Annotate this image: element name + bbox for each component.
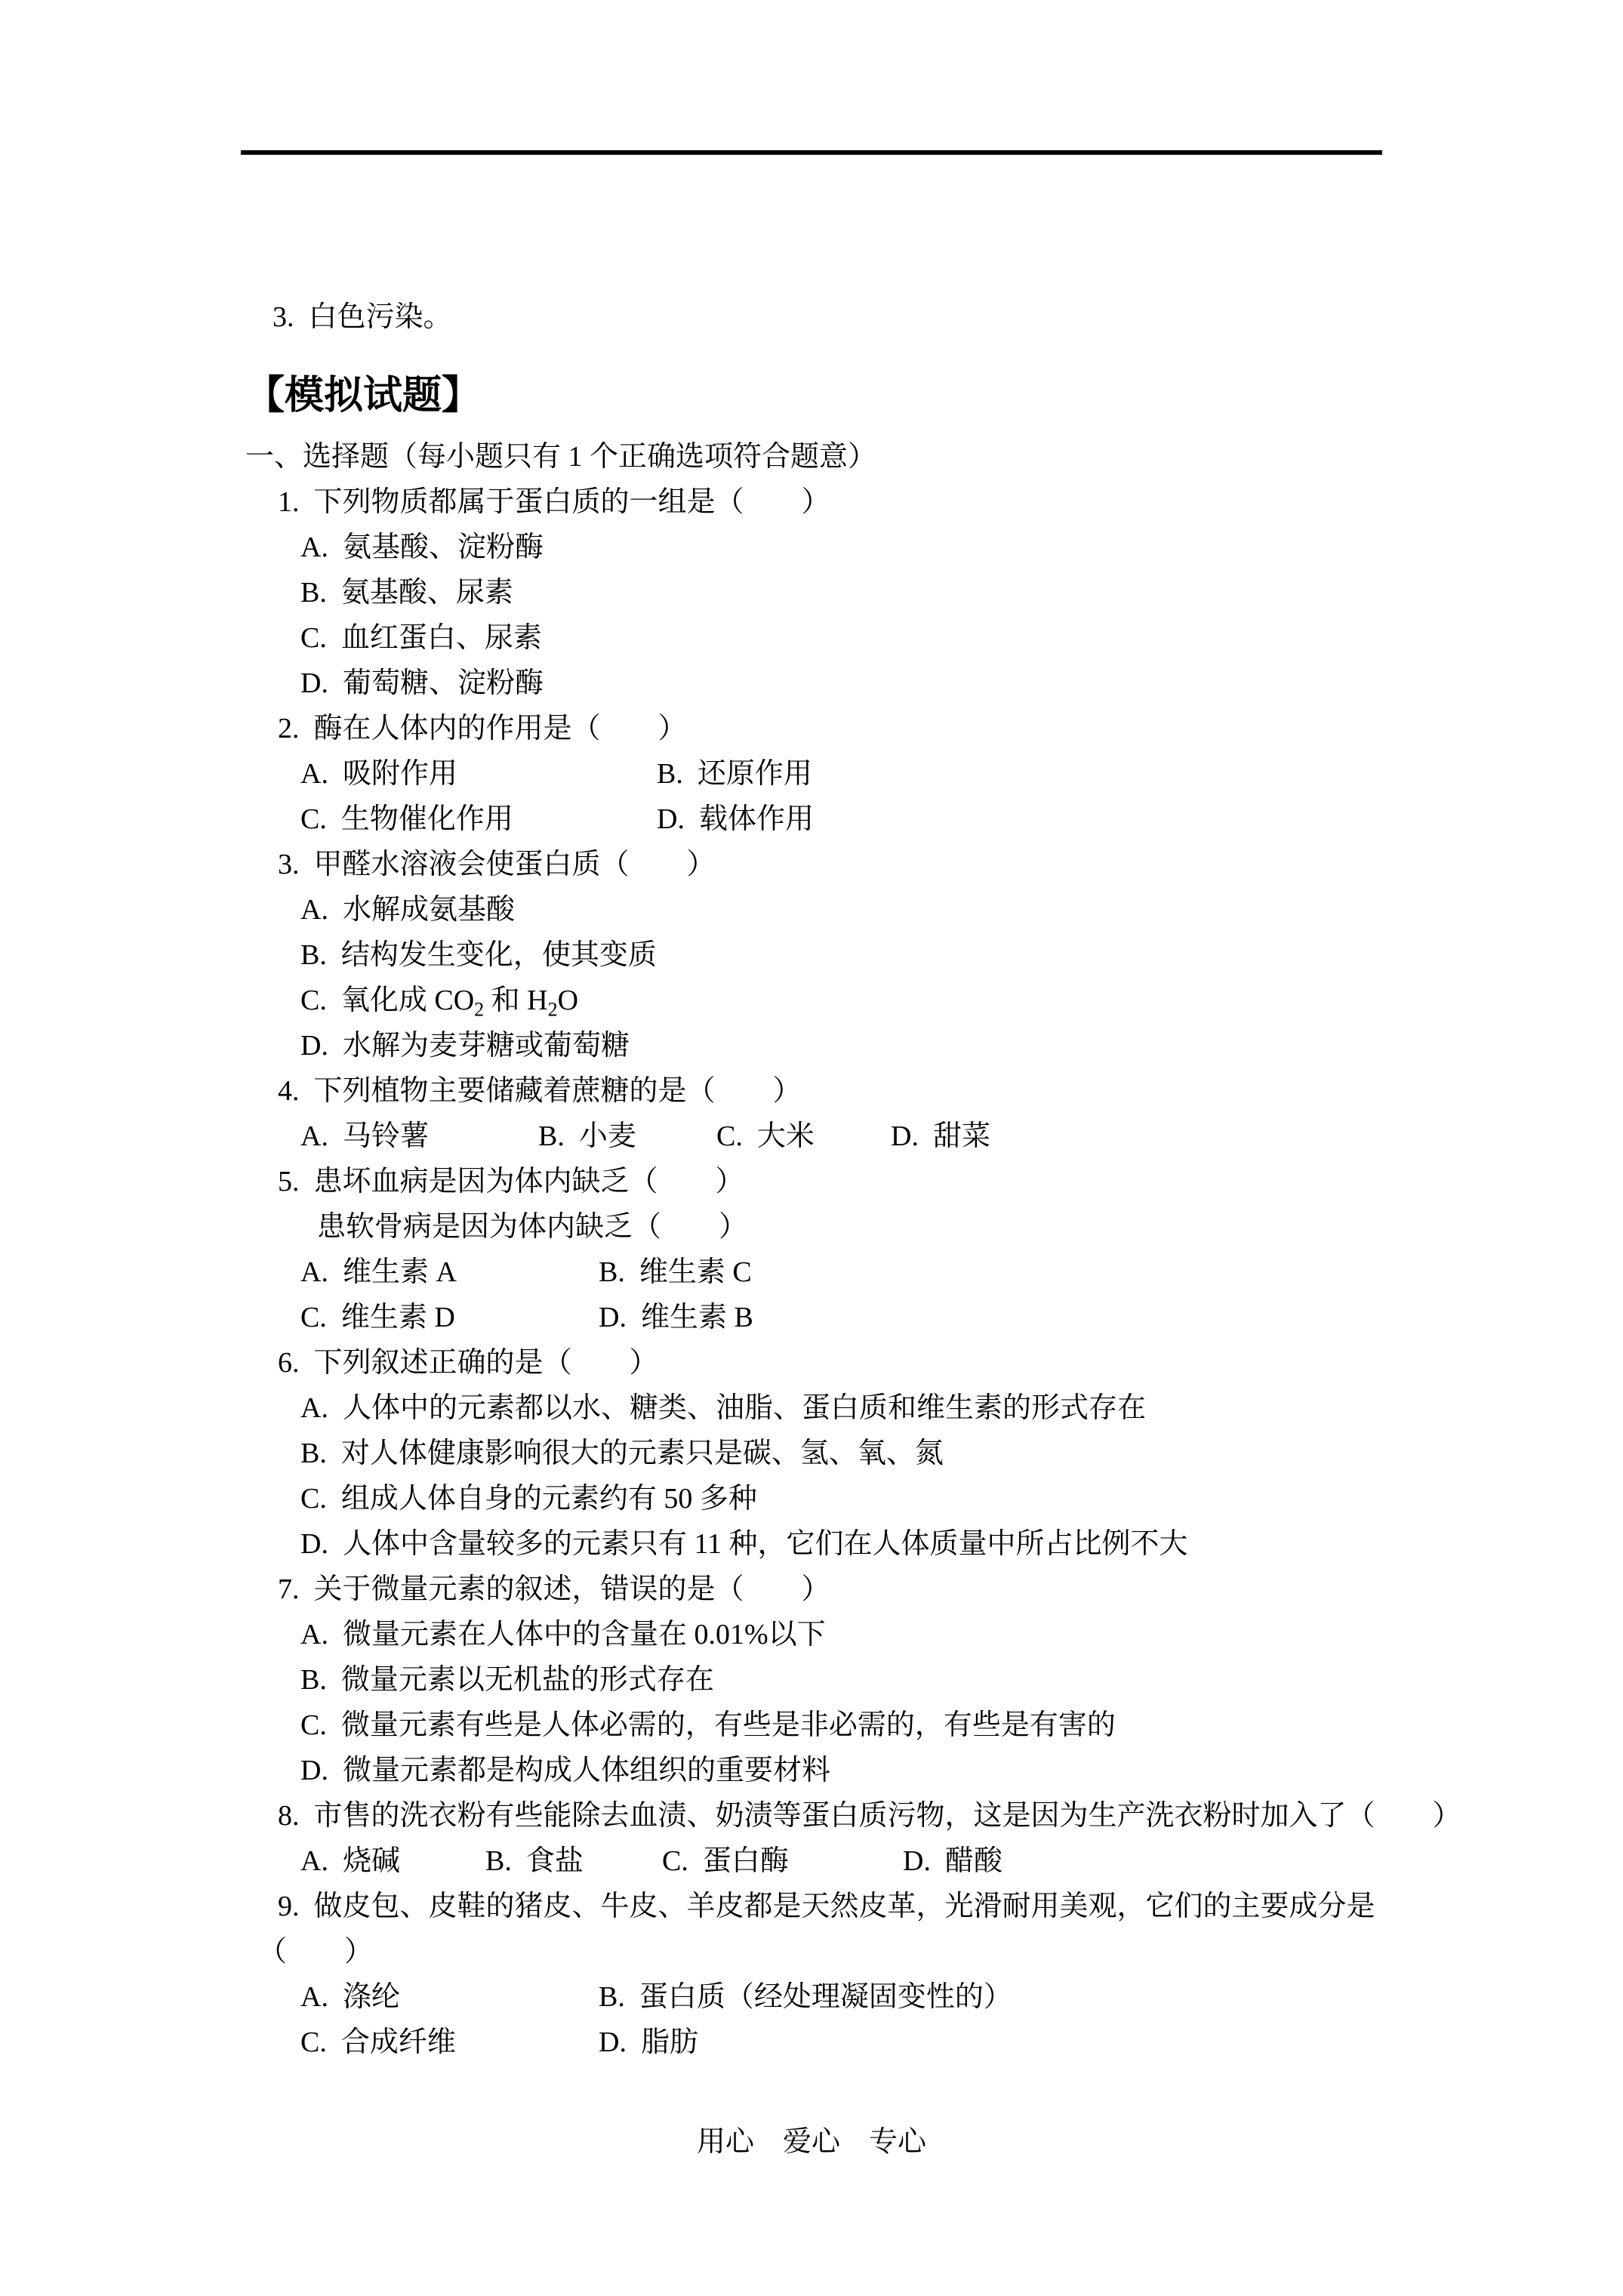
- q7-option-b: B. 微量元素以无机盐的形式存在: [245, 1657, 1529, 1703]
- text-segment: A. 维生素 A: [300, 1250, 599, 1295]
- text-segment: C. 氧化成 CO: [300, 985, 474, 1016]
- text-segment: C. 微量元素有些是人体必需的，有些是非必需的，有些是有害的: [300, 1709, 1116, 1741]
- question-5: 5. 患坏血病是因为体内缺乏（ ）: [245, 1159, 1529, 1204]
- text-segment: B. 氨基酸、尿素: [300, 577, 513, 609]
- q6-option-b: B. 对人体健康影响很大的元素只是碳、氢、氧、氮: [245, 1431, 1529, 1476]
- text-segment: D. 醋酸: [903, 1845, 1002, 1877]
- text-segment: C. 维生素 D: [300, 1295, 599, 1340]
- text-segment: A. 人体中的元素都以水、糖类、油脂、蛋白质和维生素的形式存在: [300, 1392, 1146, 1424]
- text-segment: D. 脂肪: [599, 2026, 698, 2058]
- subscript-text: 2: [548, 999, 558, 1021]
- text-segment: B. 还原作用: [657, 758, 812, 790]
- q5-options-cd: C. 维生素 DD. 维生素 B: [245, 1295, 1529, 1340]
- q1-option-d: D. 葡萄糖、淀粉酶: [245, 661, 1529, 706]
- text-segment: 5. 患坏血病是因为体内缺乏（ ）: [278, 1166, 744, 1197]
- text-segment: A. 氨基酸、淀粉酶: [300, 532, 544, 563]
- q2-options-ab: A. 吸附作用B. 还原作用: [245, 751, 1529, 797]
- text-segment: B. 对人体健康影响很大的元素只是碳、氢、氧、氮: [300, 1438, 944, 1469]
- page-footer: 用心 爱心 专心: [0, 2119, 1623, 2165]
- text-segment: 6. 下列叙述正确的是（ ）: [278, 1347, 658, 1379]
- text-segment: A. 烧碱: [300, 1838, 485, 1884]
- q6-option-c: C. 组成人体自身的元素约有 50 多种: [245, 1476, 1529, 1521]
- text-segment: C. 组成人体自身的元素约有 50 多种: [300, 1483, 757, 1515]
- text-segment: D. 微量元素都是构成人体组织的重要材料: [300, 1755, 830, 1786]
- q1-option-c: C. 血红蛋白、尿素: [245, 615, 1529, 661]
- q3-option-a: A. 水解成氨基酸: [245, 887, 1529, 932]
- text-segment: 7. 关于微量元素的叙述，错误的是（ ）: [278, 1573, 830, 1605]
- question-5-line2: 患软骨病是因为体内缺乏（ ）: [245, 1204, 1529, 1250]
- text-segment: C. 大米: [716, 1114, 891, 1159]
- question-7: 7. 关于微量元素的叙述，错误的是（ ）: [245, 1567, 1529, 1612]
- text-segment: 患软骨病是因为体内缺乏（ ）: [317, 1211, 747, 1243]
- q2-options-cd: C. 生物催化作用D. 载体作用: [245, 797, 1529, 842]
- document-content: 3. 白色污染。【模拟试题】一、选择题（每小题只有 1 个正确选项符合题意）1.…: [245, 294, 1529, 2065]
- q3-option-b: B. 结构发生变化，使其变质: [245, 932, 1529, 978]
- text-segment: 【模拟试题】: [245, 374, 481, 418]
- q1-option-b: B. 氨基酸、尿素: [245, 570, 1529, 615]
- q9-options-cd: C. 合成纤维D. 脂肪: [245, 2020, 1529, 2065]
- text-segment: B. 小麦: [538, 1114, 716, 1159]
- text-segment: 9. 做皮包、皮鞋的猪皮、牛皮、羊皮都是天然皮革，光滑耐用美观，它们的主要成分是: [278, 1891, 1375, 1922]
- q8-options: A. 烧碱B. 食盐C. 蛋白酶D. 醋酸: [245, 1838, 1529, 1884]
- q6-option-d: D. 人体中含量较多的元素只有 11 种，它们在人体质量中所占比例不大: [245, 1521, 1529, 1567]
- q7-option-d: D. 微量元素都是构成人体组织的重要材料: [245, 1748, 1529, 1793]
- text-segment: A. 吸附作用: [300, 751, 657, 797]
- text-segment: B. 结构发生变化，使其变质: [300, 939, 657, 971]
- text-segment: 3. 白色污染。: [273, 301, 452, 333]
- text-segment: C. 生物催化作用: [300, 797, 657, 842]
- text-segment: D. 维生素 B: [599, 1302, 753, 1333]
- text-segment: B. 蛋白质（经处理凝固变性的）: [599, 1981, 1012, 2013]
- text-segment: A. 涤纶: [300, 1974, 599, 2020]
- text-segment: D. 人体中含量较多的元素只有 11 种，它们在人体质量中所占比例不大: [300, 1528, 1188, 1560]
- text-segment: A. 水解成氨基酸: [300, 894, 515, 926]
- q3-option-c: C. 氧化成 CO2 和 H2O: [245, 978, 1529, 1023]
- text-segment: 和 H: [484, 985, 547, 1016]
- q1-option-a: A. 氨基酸、淀粉酶: [245, 525, 1529, 570]
- text-segment: 一、选择题（每小题只有 1 个正确选项符合题意）: [245, 441, 876, 473]
- text-segment: A. 马铃薯: [300, 1114, 538, 1159]
- q4-options: A. 马铃薯B. 小麦C. 大米D. 甜菜: [245, 1114, 1529, 1159]
- question-9: 9. 做皮包、皮鞋的猪皮、牛皮、羊皮都是天然皮革，光滑耐用美观，它们的主要成分是: [245, 1884, 1529, 1929]
- text-segment: 3. 甲醛水溶液会使蛋白质（ ）: [278, 849, 716, 880]
- text-segment: 1. 下列物质都属于蛋白质的一组是（ ）: [278, 486, 830, 518]
- text-segment: C. 蛋白酶: [662, 1838, 903, 1884]
- text-segment: A. 微量元素在人体中的含量在 0.01%以下: [300, 1619, 826, 1650]
- text-segment: 8. 市售的洗衣粉有些能除去血渍、奶渍等蛋白质污物，这是因为生产洗衣粉时加入了（…: [278, 1800, 1461, 1832]
- text-segment: D. 水解为麦芽糖或葡萄糖: [300, 1030, 630, 1062]
- mock-test-heading: 【模拟试题】: [245, 370, 1529, 423]
- text-segment: C. 合成纤维: [300, 2020, 599, 2065]
- text-segment: D. 载体作用: [657, 803, 814, 835]
- item-3-white-pollution: 3. 白色污染。: [245, 294, 1529, 340]
- q5-options-ab: A. 维生素 AB. 维生素 C: [245, 1250, 1529, 1295]
- question-3: 3. 甲醛水溶液会使蛋白质（ ）: [245, 842, 1529, 887]
- subscript-text: 2: [474, 999, 484, 1021]
- text-segment: D. 甜菜: [891, 1120, 990, 1152]
- question-6: 6. 下列叙述正确的是（ ）: [245, 1340, 1529, 1385]
- q7-option-a: A. 微量元素在人体中的含量在 0.01%以下: [245, 1612, 1529, 1657]
- question-2: 2. 酶在人体内的作用是（ ）: [245, 706, 1529, 751]
- text-segment: （ ）: [258, 1936, 373, 1968]
- q6-option-a: A. 人体中的元素都以水、糖类、油脂、蛋白质和维生素的形式存在: [245, 1385, 1529, 1431]
- header-rule: [241, 150, 1382, 155]
- text-segment: 2. 酶在人体内的作用是（ ）: [278, 713, 687, 744]
- text-segment: B. 微量元素以无机盐的形式存在: [300, 1664, 714, 1696]
- q9-options-ab: A. 涤纶B. 蛋白质（经处理凝固变性的）: [245, 1974, 1529, 2020]
- text-segment: C. 血红蛋白、尿素: [300, 622, 542, 654]
- document-page: 3. 白色污染。【模拟试题】一、选择题（每小题只有 1 个正确选项符合题意）1.…: [0, 0, 1623, 2296]
- question-1: 1. 下列物质都属于蛋白质的一组是（ ）: [245, 479, 1529, 525]
- text-segment: D. 葡萄糖、淀粉酶: [300, 667, 544, 699]
- text-segment: O: [558, 985, 578, 1016]
- question-4: 4. 下列植物主要储藏着蔗糖的是（ ）: [245, 1068, 1529, 1114]
- q3-option-d: D. 水解为麦芽糖或葡萄糖: [245, 1023, 1529, 1068]
- q7-option-c: C. 微量元素有些是人体必需的，有些是非必需的，有些是有害的: [245, 1703, 1529, 1748]
- question-9-line2: （ ）: [245, 1929, 1529, 1974]
- question-8: 8. 市售的洗衣粉有些能除去血渍、奶渍等蛋白质污物，这是因为生产洗衣粉时加入了（…: [245, 1793, 1529, 1838]
- text-segment: 4. 下列植物主要储藏着蔗糖的是（ ）: [278, 1075, 802, 1107]
- section-title-choice: 一、选择题（每小题只有 1 个正确选项符合题意）: [245, 434, 1529, 479]
- text-segment: B. 维生素 C: [599, 1256, 752, 1288]
- text-segment: B. 食盐: [485, 1838, 662, 1884]
